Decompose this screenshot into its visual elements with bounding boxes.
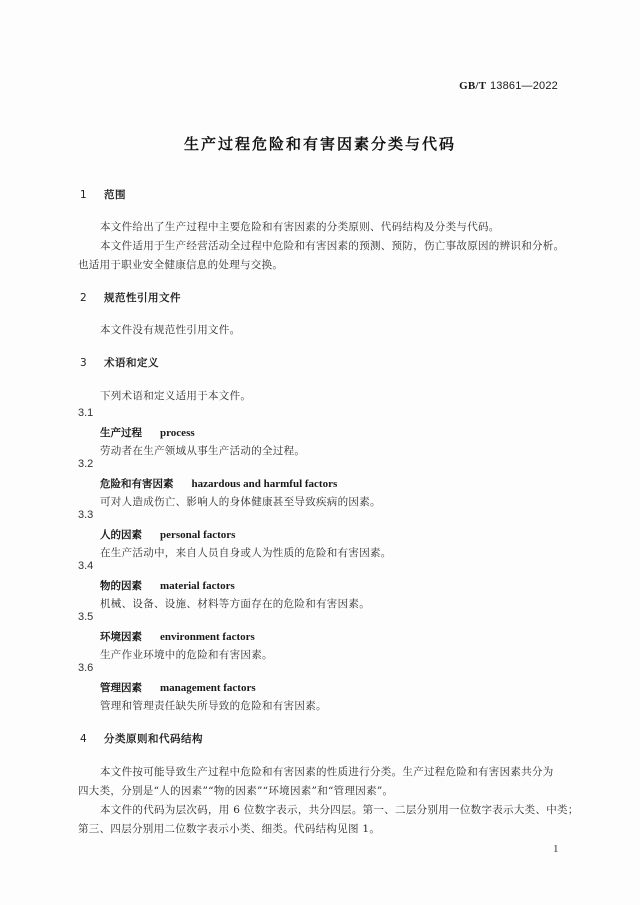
term-en: environment factors	[160, 631, 255, 643]
term-en: personal factors	[160, 529, 235, 541]
paragraph-continuation: 四大类，分别是“人的因素”“物的因素”“环境因素”和“管理因素”。	[78, 783, 393, 798]
term-entry: 物的因素material factors	[100, 578, 235, 593]
term-entry: 生产过程process	[100, 425, 195, 440]
term-number: 3.3	[78, 509, 93, 521]
term-zh: 生产过程	[100, 427, 142, 439]
term-number: 3.5	[78, 611, 93, 623]
term-entry: 环境因素environment factors	[100, 629, 255, 644]
paragraph-continuation: 第三、四层分别用二位数字表示小类、细类。代码结构见图 1。	[78, 821, 380, 836]
section-1-heading: 1范围	[80, 187, 126, 202]
standard-prefix: GB/T	[459, 80, 486, 92]
term-entry: 危险和有害因素hazardous and harmful factors	[100, 476, 337, 491]
standard-number: GB/T 13861—2022	[459, 79, 558, 92]
paragraph: 本文件没有规范性引用文件。	[100, 322, 240, 337]
term-en: hazardous and harmful factors	[192, 478, 338, 490]
paragraph: 本文件适用于生产经营活动全过程中危险和有害因素的预测、预防，伤亡事故原因的辨识和…	[100, 238, 564, 253]
document-title: 生产过程危险和有害因素分类与代码	[0, 133, 640, 154]
term-zh: 人的因素	[100, 529, 142, 541]
standard-code: 13861—2022	[490, 80, 558, 92]
section-title: 范围	[104, 189, 126, 201]
paragraph: 本文件的代码为层次码，用 6 位数字表示，共分四层。第一、二层分别用一位数字表示…	[100, 802, 579, 817]
section-number: 1	[80, 189, 104, 201]
term-number: 3.2	[78, 458, 93, 470]
term-number: 3.1	[78, 407, 93, 419]
paragraph: 本文件给出了生产过程中主要危险和有害因素的分类原则、代码结构及分类与代码。	[100, 219, 500, 234]
section-number: 2	[80, 292, 104, 304]
term-en: process	[160, 427, 195, 439]
term-entry: 管理因素management factors	[100, 680, 256, 695]
document-page: GB/T 13861—2022 生产过程危险和有害因素分类与代码 1范围 本文件…	[0, 0, 640, 905]
term-zh: 环境因素	[100, 631, 142, 643]
term-definition: 管理和管理责任缺失所导致的危险和有害因素。	[100, 698, 327, 713]
term-number: 3.6	[78, 662, 93, 674]
term-zh: 管理因素	[100, 682, 142, 694]
section-4-heading: 4分类原则和代码结构	[80, 731, 203, 746]
term-entry: 人的因素personal factors	[100, 527, 235, 542]
term-definition: 在生产活动中，来自人员自身或人为性质的危险和有害因素。	[100, 545, 392, 560]
section-2-heading: 2规范性引用文件	[80, 290, 181, 305]
section-title: 规范性引用文件	[104, 292, 181, 304]
section-3-heading: 3术语和定义	[80, 355, 159, 370]
section-number: 3	[80, 357, 104, 369]
term-number: 3.4	[78, 560, 93, 572]
term-definition: 可对人造成伤亡、影响人的身体健康甚至导致疾病的因素。	[100, 494, 381, 509]
paragraph: 本文件按可能导致生产过程中危险和有害因素的性质进行分类。生产过程危险和有害因素共…	[100, 764, 554, 779]
section-title: 分类原则和代码结构	[104, 733, 203, 745]
term-en: material factors	[160, 580, 235, 592]
term-en: management factors	[160, 682, 256, 694]
term-definition: 劳动者在生产领域从事生产活动的全过程。	[100, 443, 305, 458]
section-number: 4	[80, 733, 104, 745]
term-definition: 机械、设备、设施、材料等方面存在的危险和有害因素。	[100, 596, 370, 611]
term-definition: 生产作业环境中的危险和有害因素。	[100, 647, 273, 662]
paragraph-continuation: 也适用于职业安全健康信息的处理与交换。	[78, 257, 283, 272]
paragraph: 下列术语和定义适用于本文件。	[100, 388, 251, 403]
term-zh: 物的因素	[100, 580, 142, 592]
section-title: 术语和定义	[104, 357, 159, 369]
page-number: 1	[553, 843, 559, 855]
term-zh: 危险和有害因素	[100, 478, 174, 490]
